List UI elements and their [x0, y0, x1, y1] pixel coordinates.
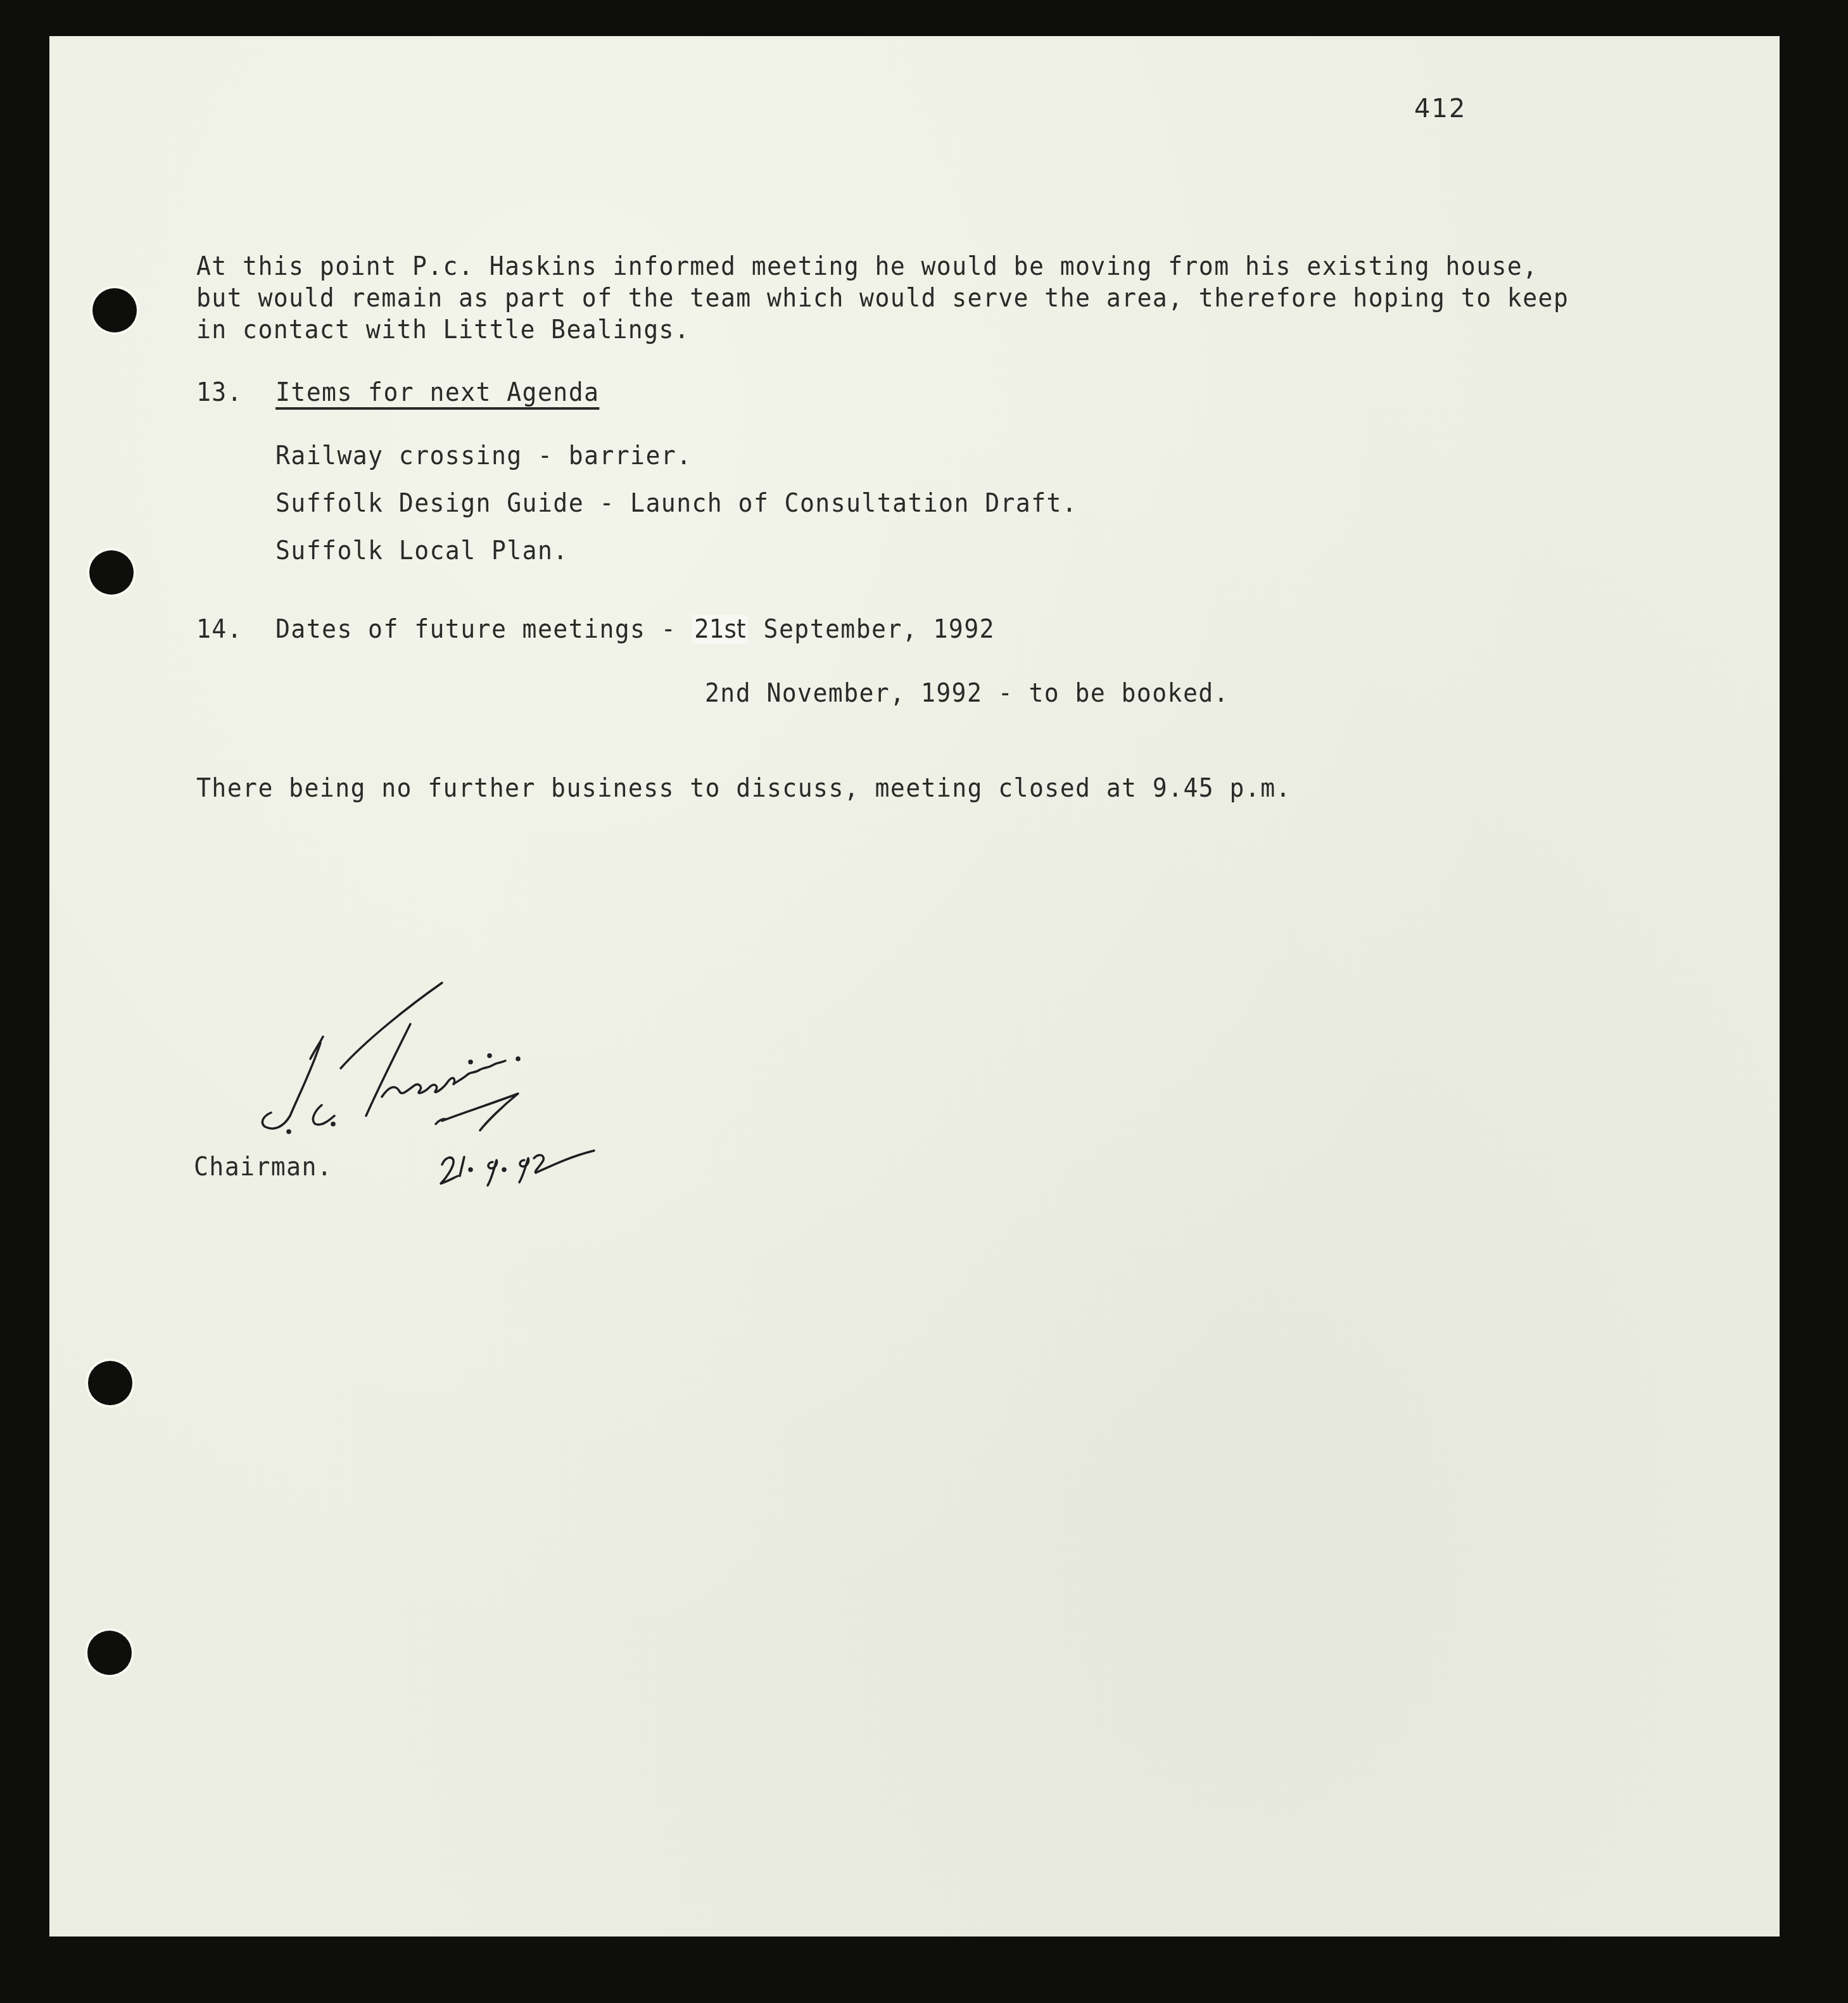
hole-punch-3 — [88, 1361, 132, 1405]
item-13-number: 13. — [196, 376, 243, 408]
hole-punch-4 — [87, 1631, 132, 1675]
hole-punch-2 — [89, 550, 134, 595]
future-meeting-date-2: 2nd November, 1992 - to be booked. — [705, 677, 1229, 709]
item-13-heading: Items for next Agenda — [275, 376, 599, 408]
agenda-list-item: Suffolk Local Plan. — [275, 534, 569, 566]
handwritten-signature — [252, 961, 797, 1189]
page-number: 412 — [1414, 94, 1466, 123]
item-14-label-text: Dates of future meetings - — [275, 614, 692, 644]
date-1-rest: September, 1992 — [748, 614, 995, 644]
closing-statement: There being no further business to discu… — [196, 772, 1291, 804]
signatory-role: Chairman. — [194, 1151, 332, 1182]
item-14-label: Dates of future meetings - 21st Septembe… — [275, 613, 995, 645]
intro-line-2: but would remain as part of the team whi… — [196, 282, 1569, 313]
item-14-number: 14. — [196, 613, 243, 645]
document-page: 412 At this point P.c. Haskins informed … — [49, 36, 1780, 1937]
agenda-list-item: Suffolk Design Guide - Launch of Consult… — [275, 487, 1077, 519]
hole-punch-1 — [92, 288, 137, 332]
intro-line-1: At this point P.c. Haskins informed meet… — [196, 250, 1538, 282]
intro-line-3: in contact with Little Bealings. — [196, 313, 690, 345]
agenda-list-item: Railway crossing - barrier. — [275, 439, 692, 471]
corrected-date-day: 21st — [692, 615, 748, 644]
